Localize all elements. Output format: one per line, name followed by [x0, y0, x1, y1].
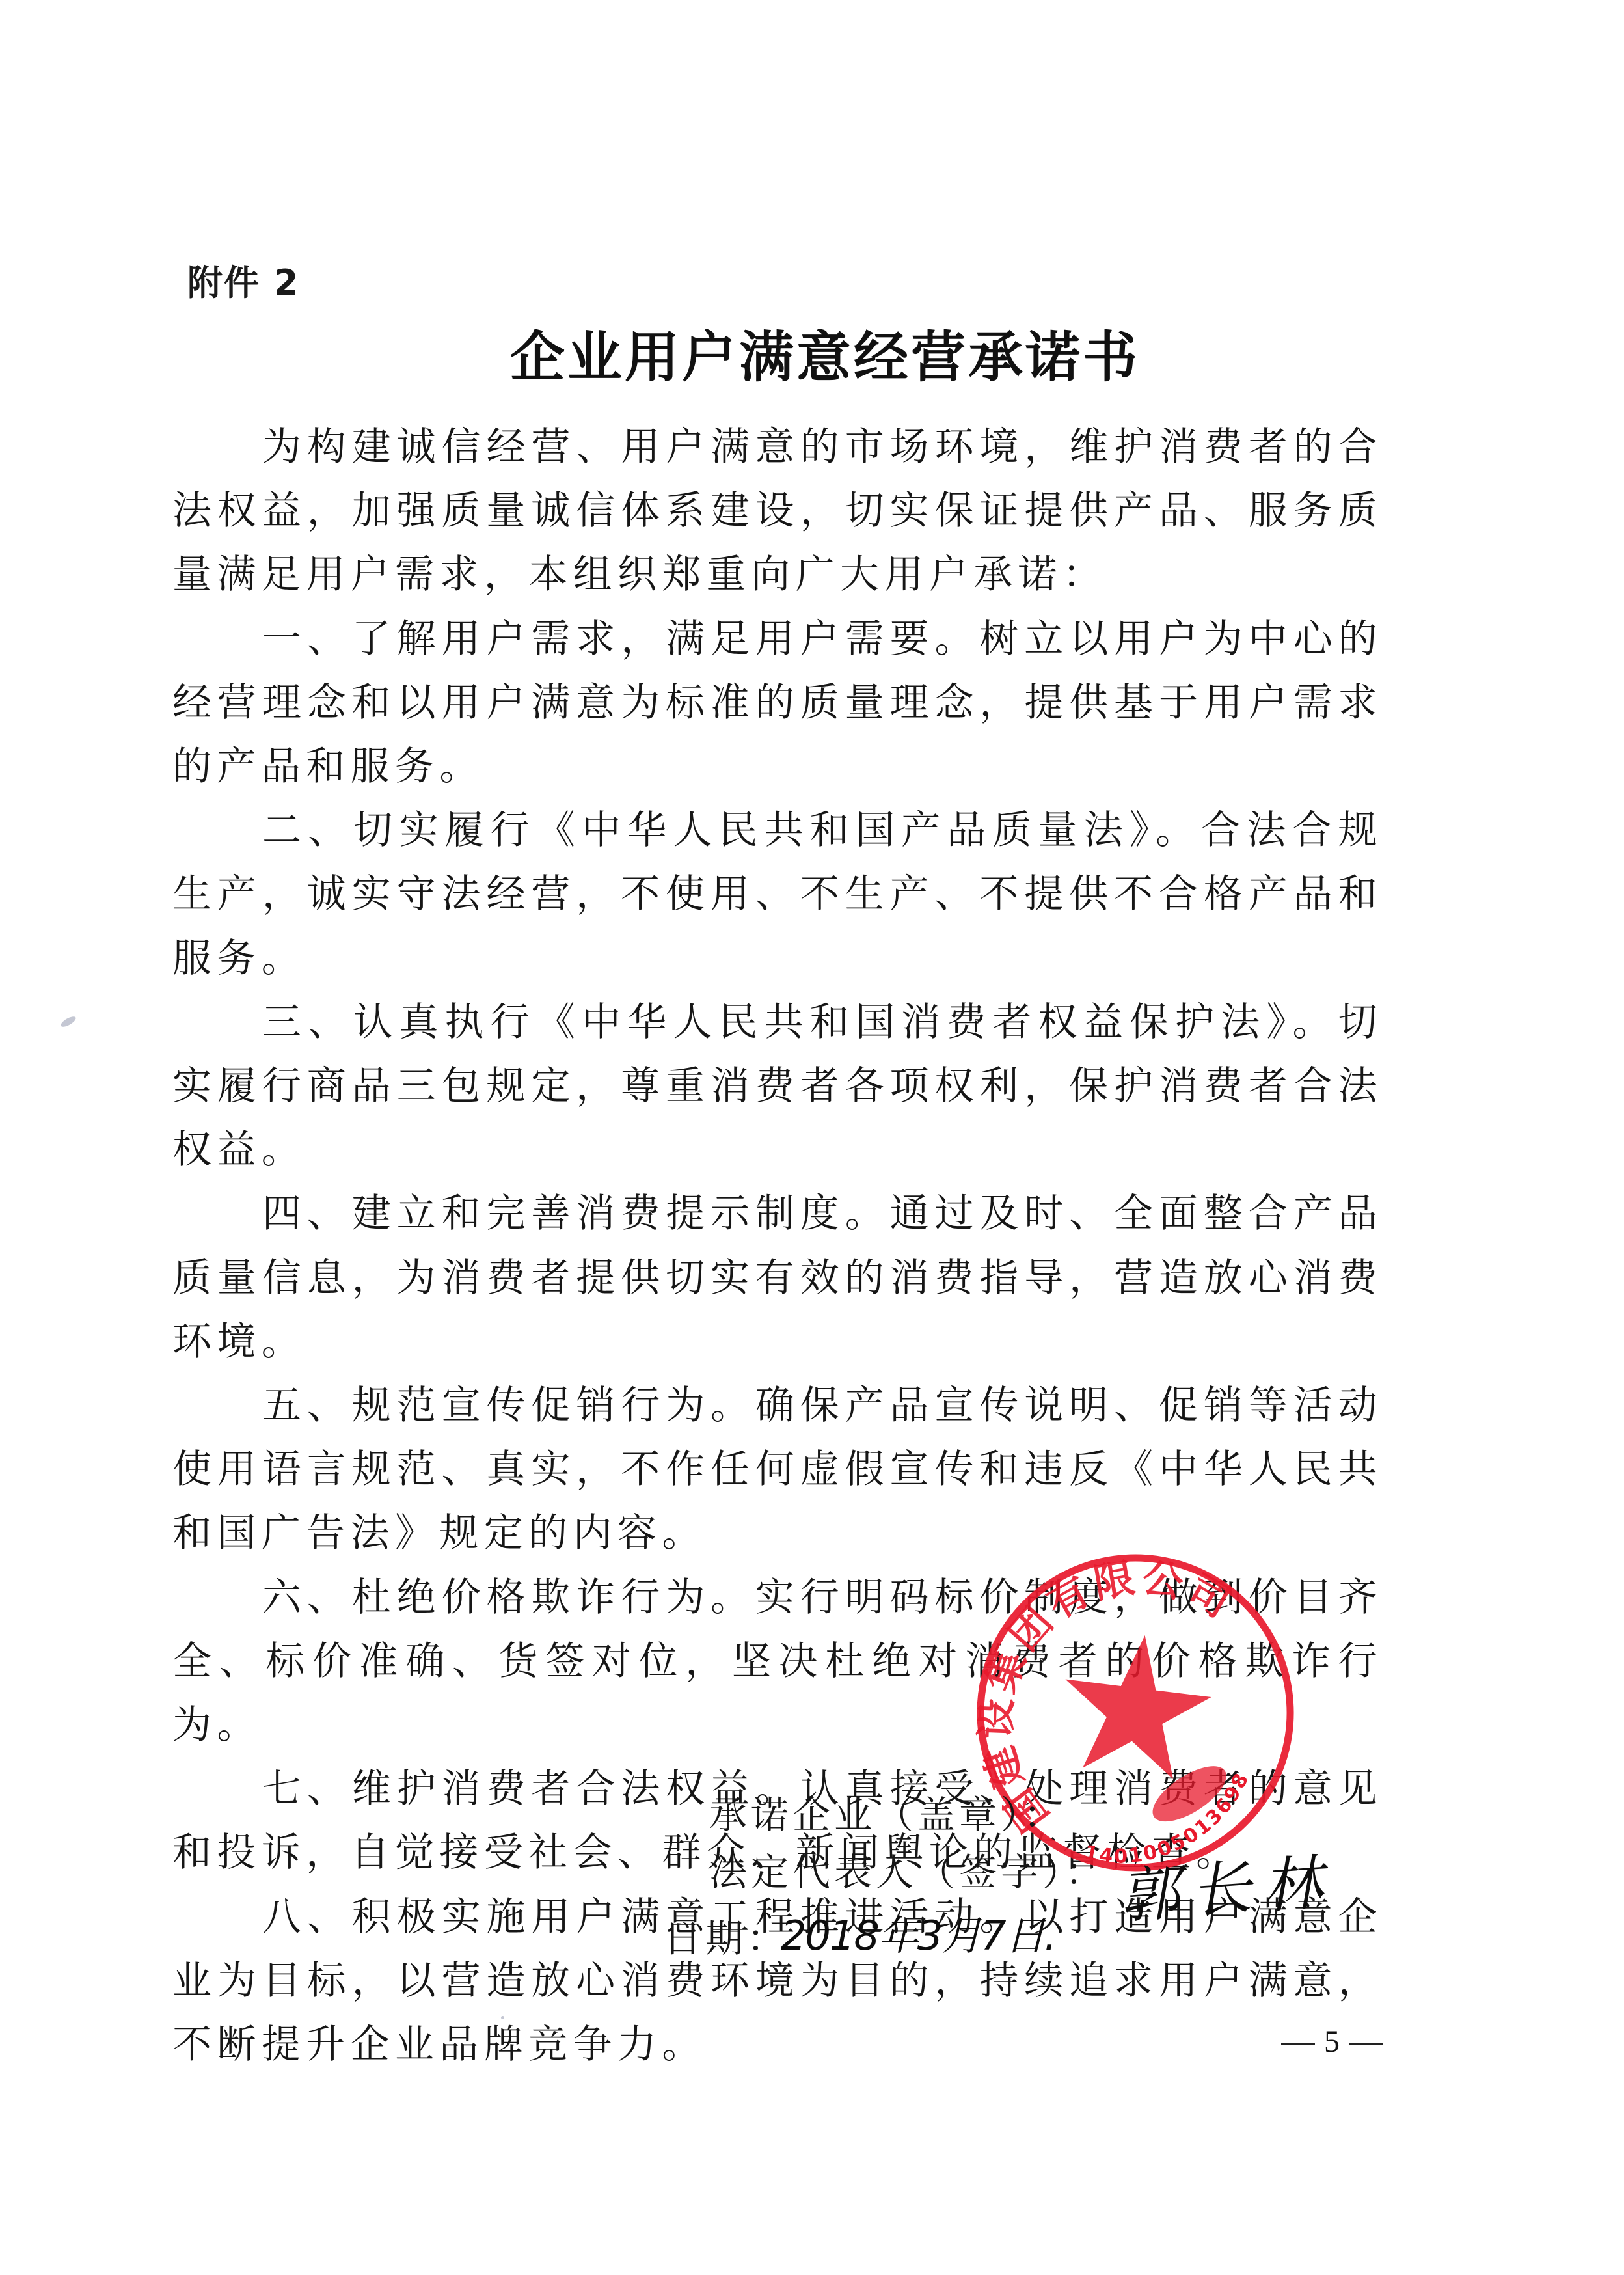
commitment-2: 二、切实履行《中华人民共和国产品质量法》。合法合规生产，诚实守法经营，不使用、不… — [172, 798, 1383, 990]
document-page: 附件 2 企业用户满意经营承诺书 为构建诚信经营、用户满意的市场环境，维护消费者… — [0, 0, 1624, 2275]
attachment-label: 附件 2 — [187, 255, 299, 305]
commitment-3: 三、认真执行《中华人民共和国消费者权益保护法》。切实履行商品三包规定，尊重消费者… — [172, 990, 1383, 1182]
document-title: 企业用户满意经营承诺书 — [0, 314, 1624, 392]
document-body: 为构建诚信经营、用户满意的市场环境，维护消费者的合法权益，加强质量诚信体系建设，… — [172, 415, 1383, 2077]
page-number: 5 — [1272, 2024, 1392, 2060]
commitment-1: 一、了解用户需求，满足用户需要。树立以用户为中心的经营理念和以用户满意为标准的质… — [172, 607, 1383, 799]
scan-speck — [501, 2016, 504, 2019]
commitment-7: 七、维护消费者合法权益。认真接受、处理消费者的意见和投诉，自觉接受社会、群众、新… — [172, 1757, 1383, 1885]
dash-left — [1281, 2043, 1315, 2045]
page-number-value: 5 — [1324, 2024, 1340, 2059]
dash-right — [1349, 2043, 1383, 2045]
commitment-6: 六、杜绝价格欺诈行为。实行明码标价制度，做到价目齐全、标价准确、货签对位，坚决杜… — [172, 1566, 1383, 1758]
scan-speck — [59, 1015, 77, 1029]
commitment-8: 八、积极实施用户满意工程推进活动。以打造用户满意企业为目标，以营造放心消费环境为… — [172, 1885, 1383, 2077]
intro-paragraph: 为构建诚信经营、用户满意的市场环境，维护消费者的合法权益，加强质量诚信体系建设，… — [172, 415, 1383, 607]
commitment-4: 四、建立和完善消费提示制度。通过及时、全面整合产品质量信息，为消费者提供切实有效… — [172, 1182, 1383, 1374]
commitment-5: 五、规范宣传促销行为。确保产品宣传说明、促销等活动使用语言规范、真实，不作任何虚… — [172, 1374, 1383, 1566]
